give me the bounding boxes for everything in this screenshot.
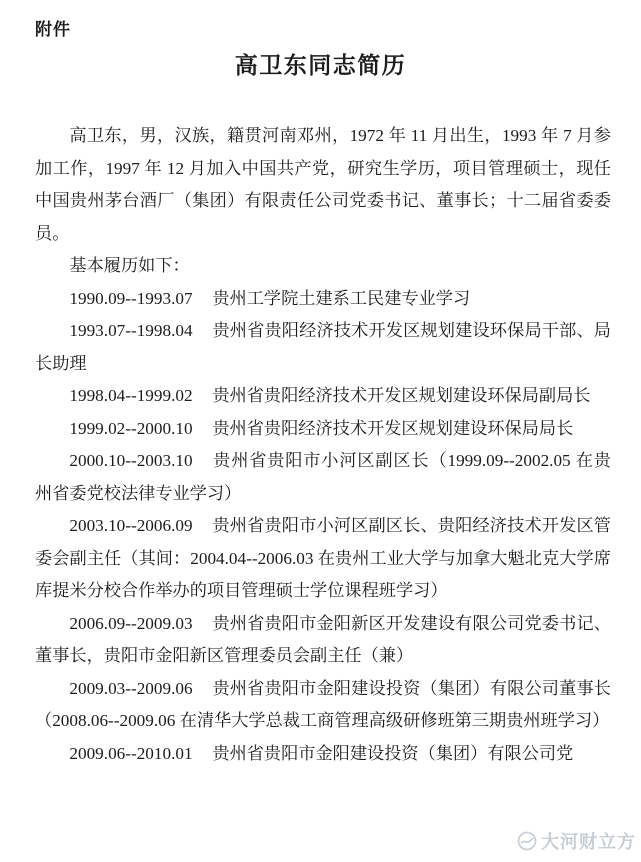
attachment-label: 附件 bbox=[35, 15, 71, 40]
watermark-text: 大河财立方 bbox=[541, 828, 636, 854]
watermark: 大河财立方 bbox=[516, 828, 636, 854]
entry-period: 1998.04--1999.02 bbox=[69, 386, 192, 405]
entry-description: 贵州工学院土建系工民建专业学习 bbox=[212, 289, 470, 308]
entry-period: 1993.07--1998.04 bbox=[69, 321, 192, 340]
history-entry: 2000.10--2003.10贵州省贵阳市小河区副区长（1999.09--20… bbox=[35, 445, 611, 510]
entry-description: 贵州省贵阳经济技术开发区规划建设环保局副局长 bbox=[212, 386, 590, 405]
history-entry: 2003.10--2006.09贵州省贵阳市小河区副区长、贵阳经济技术开发区管委… bbox=[35, 510, 611, 608]
entry-period: 1999.02--2000.10 bbox=[69, 419, 192, 438]
entry-period: 2003.10--2006.09 bbox=[69, 516, 192, 535]
document-page: 附件 高卫东同志简历 高卫东，男，汉族，籍贯河南邓州，1972 年 11 月出生… bbox=[0, 0, 641, 862]
history-list: 1990.09--1993.07贵州工学院土建系工民建专业学习1993.07--… bbox=[35, 283, 611, 771]
history-entry: 1999.02--2000.10贵州省贵阳经济技术开发区规划建设环保局局长 bbox=[35, 413, 611, 446]
intro-paragraph: 高卫东，男，汉族，籍贯河南邓州，1972 年 11 月出生，1993 年 7 月… bbox=[35, 120, 611, 250]
entry-period: 1990.09--1993.07 bbox=[69, 289, 192, 308]
entry-description: 贵州省贵阳市金阳建设投资（集团）有限公司党 bbox=[212, 744, 573, 763]
watermark-logo-icon bbox=[516, 830, 538, 852]
entry-description: 贵州省贵阳经济技术开发区规划建设环保局局长 bbox=[212, 419, 573, 438]
history-entry: 2006.09--2009.03贵州省贵阳市金阳新区开发建设有限公司党委书记、董… bbox=[35, 608, 611, 673]
history-entry: 2009.03--2009.06贵州省贵阳市金阳建设投资（集团）有限公司董事长（… bbox=[35, 673, 611, 738]
history-entry: 2009.06--2010.01贵州省贵阳市金阳建设投资（集团）有限公司党 bbox=[35, 738, 611, 771]
entry-period: 2006.09--2009.03 bbox=[69, 614, 192, 633]
entry-period: 2000.10--2003.10 bbox=[69, 451, 192, 470]
history-heading: 基本履历如下： bbox=[35, 250, 611, 283]
history-entry: 1990.09--1993.07贵州工学院土建系工民建专业学习 bbox=[35, 283, 611, 316]
page-title: 高卫东同志简历 bbox=[0, 47, 641, 80]
entry-period: 2009.06--2010.01 bbox=[69, 744, 192, 763]
document-body: 高卫东，男，汉族，籍贯河南邓州，1972 年 11 月出生，1993 年 7 月… bbox=[35, 120, 611, 770]
entry-period: 2009.03--2009.06 bbox=[69, 679, 192, 698]
history-entry: 1993.07--1998.04贵州省贵阳经济技术开发区规划建设环保局干部、局长… bbox=[35, 315, 611, 380]
history-entry: 1998.04--1999.02贵州省贵阳经济技术开发区规划建设环保局副局长 bbox=[35, 380, 611, 413]
